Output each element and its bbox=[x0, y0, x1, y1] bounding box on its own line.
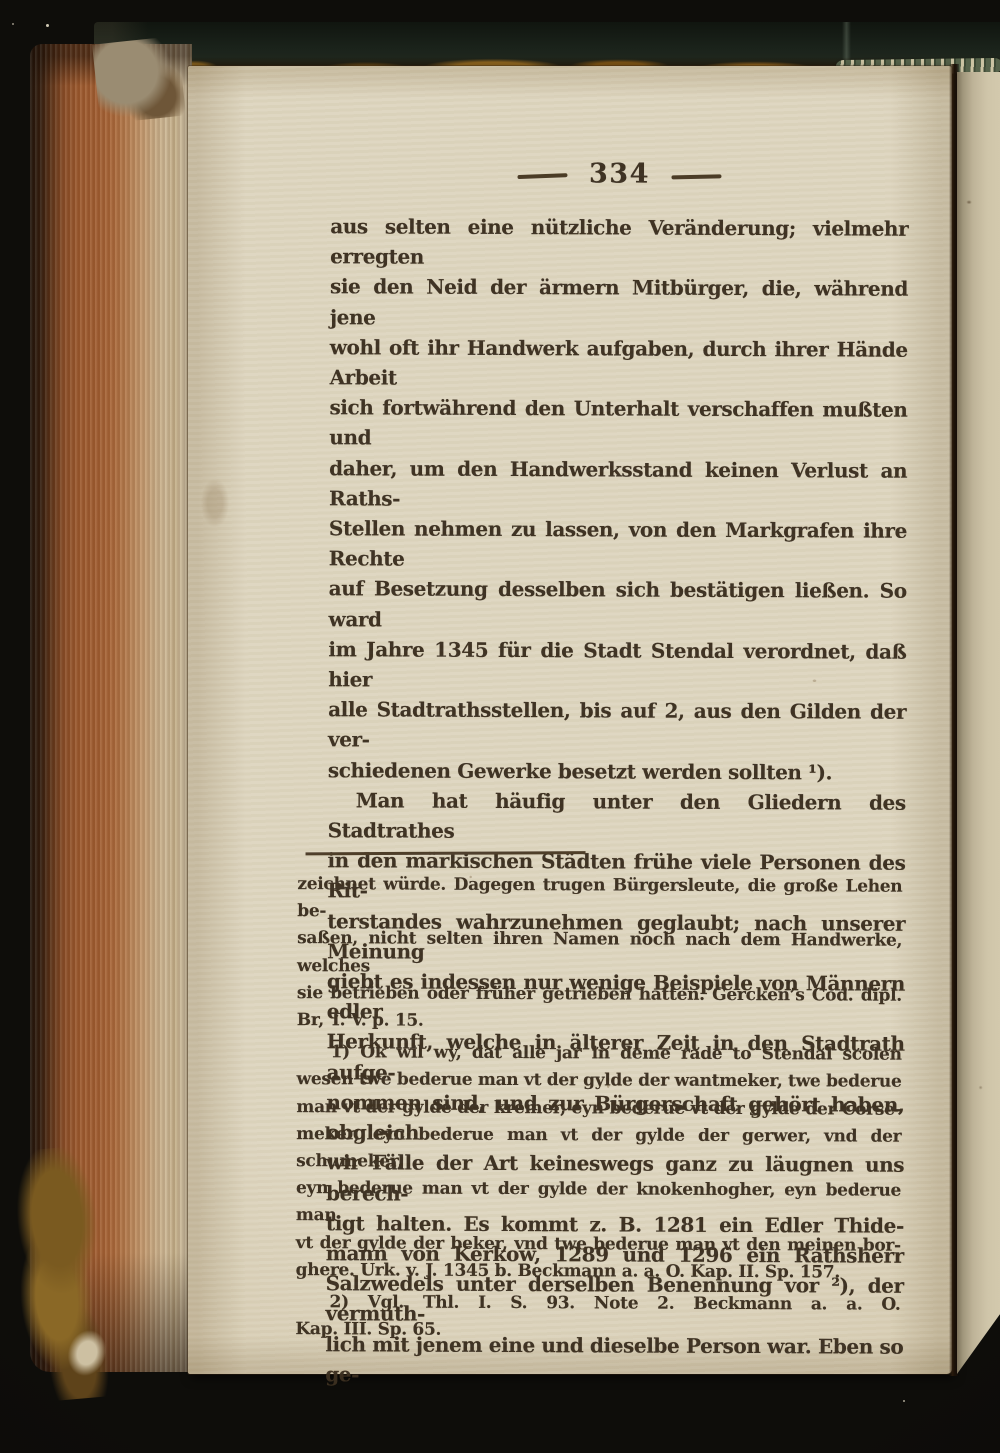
page-content: 334 aus selten eine nützliche Veränderun… bbox=[183, 65, 953, 1376]
dust-speck bbox=[903, 1400, 905, 1402]
text-line: eyn bederue man vt der gylde der knokenh… bbox=[296, 1175, 901, 1232]
footnotes-block: zeichnet würde. Dagegen trugen Bürgersle… bbox=[295, 871, 902, 1346]
text-line: sich fortwährend den Unterhalt verschaff… bbox=[329, 392, 907, 455]
text-line: wohl oft ihr Handwerk aufgaben, durch ih… bbox=[330, 332, 908, 395]
dust-speck bbox=[46, 24, 49, 27]
text-line: meker, eyn bederue man vt der gylde der … bbox=[296, 1121, 901, 1178]
paragraph: 1) Ok wil wy, dat alle jar in deme rade … bbox=[296, 1039, 902, 1286]
text-line: alle Stadtrathsstellen, bis auf 2, aus d… bbox=[328, 694, 906, 757]
text-line: sie betrieben oder früher getrieben hatt… bbox=[297, 980, 902, 1010]
book-page: 334 aus selten eine nützliche Veränderun… bbox=[188, 66, 952, 1374]
text-line: 1) Ok wil wy, dat alle jar in deme rade … bbox=[297, 1039, 902, 1069]
text-line: 2) Vgl. Thl. I. S. 93. Note 2. Beckmann … bbox=[296, 1289, 901, 1319]
paragraph: aus selten eine nützliche Veränderung; v… bbox=[328, 211, 908, 787]
text-line: aus selten eine nützliche Veränderung; v… bbox=[330, 211, 908, 274]
text-line: im Jahre 1345 für die Stadt Stendal vero… bbox=[328, 634, 906, 697]
header-dash-left-icon bbox=[517, 173, 567, 178]
photo-background: 334 aus selten eine nützliche Veränderun… bbox=[0, 0, 1000, 1453]
text-line: auf Besetzung desselben sich bestätigen … bbox=[328, 574, 906, 637]
text-line: Man hat häufig unter den Gliedern des St… bbox=[328, 785, 906, 848]
text-line: Br, T. V. p. 15. bbox=[297, 1007, 902, 1037]
text-line: vt der gylde der beker, vnd twe bederue … bbox=[296, 1230, 901, 1260]
paragraph: 2) Vgl. Thl. I. S. 93. Note 2. Beckmann … bbox=[295, 1289, 900, 1346]
text-line: saßen, nicht selten ihren Namen noch nac… bbox=[297, 925, 902, 982]
text-line: daher, um den Handwerksstand keinen Verl… bbox=[329, 453, 907, 516]
header-dash-right-icon bbox=[672, 174, 722, 179]
text-line: zeichnet würde. Dagegen trugen Bürgersle… bbox=[297, 871, 902, 928]
text-line: wesen twe bederue man vt der gylde der w… bbox=[296, 1067, 901, 1097]
page-number: 334 bbox=[589, 158, 650, 189]
text-line: schiedenen Gewerke besetzt werden sollte… bbox=[328, 755, 906, 788]
facing-page-sliver bbox=[957, 72, 1000, 1374]
text-line: sie den Neid der ärmern Mitbürger, die, … bbox=[330, 272, 908, 335]
text-line: man vt der gylde der kremer, eyn bederue… bbox=[296, 1094, 901, 1124]
page-header: 334 bbox=[330, 157, 908, 191]
text-line: Kap. III. Sp. 65. bbox=[295, 1316, 900, 1346]
text-line: Stellen nehmen zu lassen, von den Markgr… bbox=[329, 513, 907, 576]
cover-corner-worn bbox=[92, 36, 186, 125]
dust-speck bbox=[12, 23, 14, 25]
text-line: ghere. Urk. v. J. 1345 b. Beckmann a. a.… bbox=[296, 1257, 901, 1287]
paragraph: zeichnet würde. Dagegen trugen Bürgersle… bbox=[297, 871, 903, 1037]
